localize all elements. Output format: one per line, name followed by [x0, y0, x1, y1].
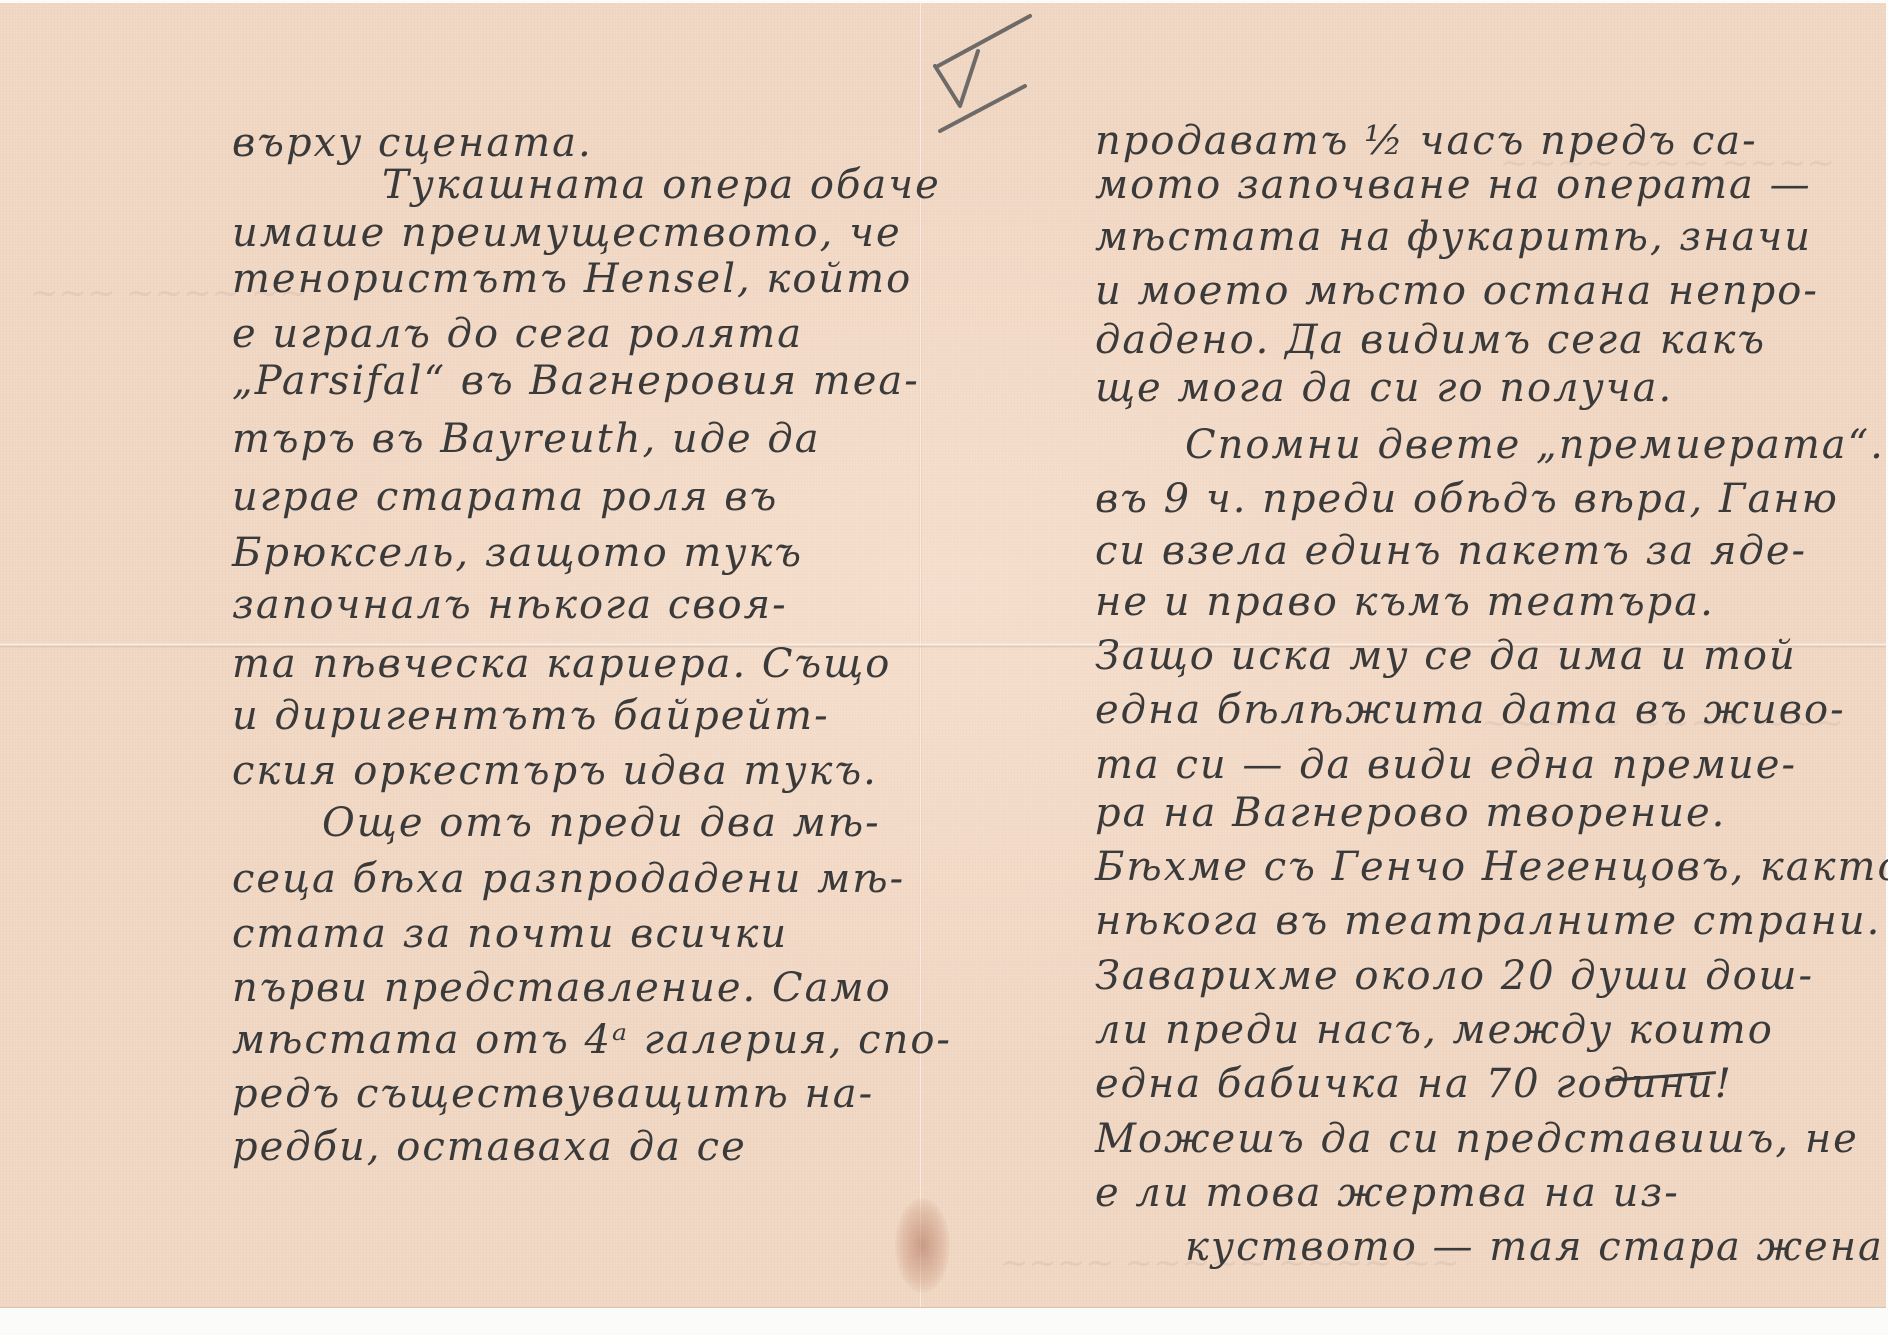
letter-line: ра на Вагнерово творение.: [1095, 791, 1726, 835]
letter-line: Спомни двете „премиерата“. Още: [1095, 423, 1888, 467]
letter-line: ския оркестъръ идва тукъ.: [232, 749, 878, 793]
letter-line: куството — тая стара жена: [1095, 1225, 1884, 1269]
letter-line: ли преди насъ, между които: [1095, 1008, 1774, 1052]
letter-line: Заварихме около 20 души дош-: [1095, 954, 1814, 998]
ink-stain: [895, 1198, 950, 1293]
letter-sheet: ~~~ ~~~~ ~~ ~~~~ ~~~ ~~~~ ~~~~~ ~~~~ ~~~…: [0, 3, 1886, 1307]
letter-line: и моето мѣсто остана непро-: [1095, 269, 1819, 313]
letter-line: търъ въ Bayreuth, иде да: [232, 417, 821, 461]
letter-line: редби, оставаха да се: [232, 1125, 747, 1169]
letter-line: Брюксель, защото тукъ: [232, 531, 803, 575]
letter-line: продаватъ ½ часъ предъ са-: [1095, 119, 1758, 163]
letter-line: върху сцената.: [232, 121, 593, 165]
letter-line: мото започване на операта —: [1095, 163, 1812, 207]
letter-line: тенористътъ Hensel, който: [232, 257, 912, 301]
letter-line: „Parsifal“ въ Вагнеровия теа-: [232, 359, 920, 403]
letter-line: въ 9 ч. преди обѣдъ вѣра, Ганю: [1095, 477, 1839, 521]
letter-line: Защо иска му се да има и той: [1095, 634, 1797, 678]
pencil-roman-numeral-v-icon: [930, 11, 1040, 141]
letter-line: та пѣвческа кариера. Също: [232, 642, 891, 686]
letter-line: Можешъ да си представишъ, не: [1095, 1117, 1859, 1161]
letter-line: Още отъ преди два мѣ-: [232, 801, 881, 845]
letter-line: Бѣхме съ Генчо Негенцовъ, както: [1095, 845, 1888, 889]
letter-line: е игралъ до сега ролята: [232, 312, 803, 356]
letter-line: нѣкога въ театралните страни.: [1095, 899, 1881, 943]
letter-line: мѣстата отъ 4ᵃ галерия, спо-: [232, 1018, 952, 1062]
letter-line: е ли това жертва на из-: [1095, 1171, 1680, 1215]
letter-line: не и право къмъ театъра.: [1095, 580, 1715, 624]
letter-line: стата за почти всички: [232, 912, 788, 956]
letter-line: сеца бѣха разпродадени мѣ-: [232, 857, 905, 901]
letter-line: започналъ нѣкога своя-: [232, 583, 788, 627]
letter-line: си взела единъ пакетъ за ядe-: [1095, 529, 1807, 573]
letter-line: първи представление. Само: [232, 966, 892, 1010]
letter-line: и диригентътъ байрейт-: [232, 694, 830, 738]
letter-line: Тукашната опера обаче: [232, 163, 941, 207]
letter-line: дадено. Да видимъ сега какъ: [1095, 318, 1766, 362]
letter-line: мѣстата на фукаритѣ, значи: [1095, 215, 1812, 259]
letter-line: редъ съществуващитѣ на-: [232, 1072, 874, 1116]
letter-line: една бѣлѣжита дата въ живо-: [1095, 688, 1846, 732]
letter-line: имаше преимуществото, че: [232, 211, 902, 255]
letter-line: играе старата роля въ: [232, 475, 778, 519]
letter-line: та си — да види една премие-: [1095, 743, 1797, 787]
letter-line: една бабичка на 70 години!: [1095, 1062, 1733, 1106]
letter-line: ще мога да си го получа.: [1095, 366, 1673, 410]
